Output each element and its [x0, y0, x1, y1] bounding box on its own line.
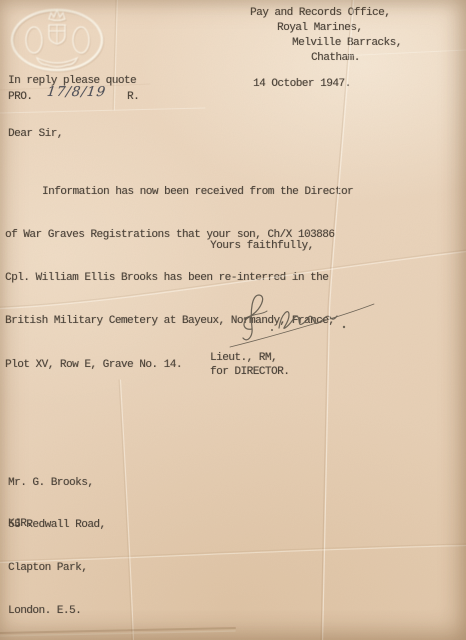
letterhead-barracks: Melville Barracks,	[292, 36, 402, 50]
royal-coat-of-arms-crest-icon	[4, 2, 112, 80]
reference-prefix: PRO.	[8, 90, 32, 104]
body-line: Plot XV, Row E, Grave No. 14.	[5, 358, 353, 372]
reference-handwritten-number: 17/8/19	[46, 84, 107, 100]
recipient-name: Mr. G. Brooks,	[8, 477, 106, 491]
body-line: Information has now been received from t…	[5, 185, 353, 199]
closing: Yours faithfully,	[210, 239, 314, 253]
letter-date: 14 October 1947.	[253, 77, 351, 91]
recipient-city: London. E.5.	[8, 605, 106, 619]
letterhead-town: Chatham.	[311, 51, 360, 65]
reference-suffix: R.	[127, 90, 139, 104]
recipient-address: Mr. G. Brooks, 55 Redwall Road, Clapton …	[8, 448, 106, 640]
signatory-for-director: for DIRECTOR.	[210, 365, 289, 379]
typist-initials: KJR.	[8, 517, 32, 531]
letterhead-office: Pay and Records Office,	[250, 6, 390, 20]
scanned-letter: Pay and Records Office, Royal Marines, M…	[0, 0, 466, 640]
letterhead-corps: Royal Marines,	[277, 21, 362, 35]
signatory-rank: Lieut., RM,	[210, 351, 277, 365]
salutation: Dear Sir,	[8, 127, 63, 141]
body-line: British Military Cemetery at Bayeux, Nor…	[5, 314, 353, 328]
recipient-district: Clapton Park,	[8, 562, 106, 576]
body-line: Cpl. William Ellis Brooks has been re-in…	[5, 271, 353, 285]
body-paragraph: Information has now been received from t…	[5, 156, 353, 401]
